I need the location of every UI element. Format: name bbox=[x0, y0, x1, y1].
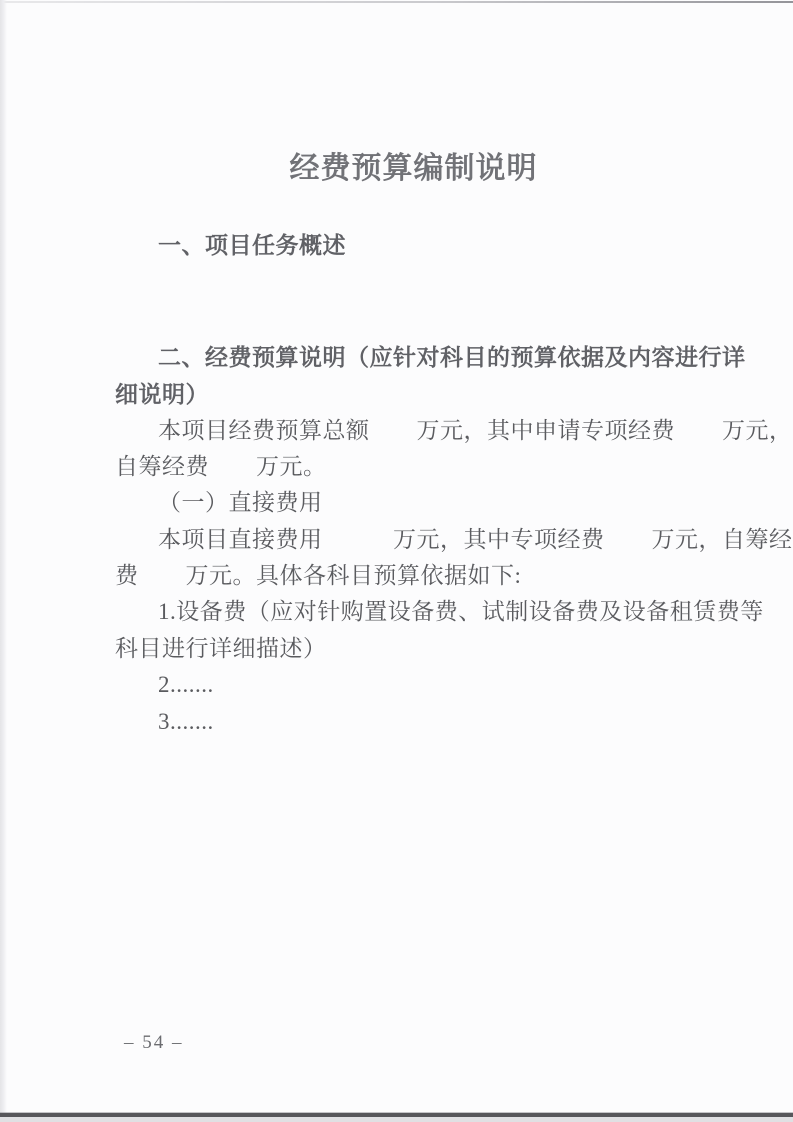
placeholder-item-3: 3....... bbox=[158, 708, 214, 736]
scan-edge-bottom-fill bbox=[0, 1117, 793, 1122]
section-one-heading: 一、项目任务概述 bbox=[158, 232, 346, 260]
direct-cost-subheading: （一）直接费用 bbox=[158, 489, 323, 517]
direct-cost-paragraph-line-2: 费 万元。具体各科目预算依据如下: bbox=[115, 562, 521, 590]
direct-cost-paragraph-line-1: 本项目直接费用 万元，其中专项经费 万元，自筹经 bbox=[158, 526, 793, 554]
document-title: 经费预算编制说明 bbox=[0, 143, 793, 187]
section-two-heading-line-2: 细说明） bbox=[115, 381, 209, 409]
page-number: – 54 – bbox=[124, 1032, 184, 1054]
equipment-fee-item-line-1: 1.设备费（应对针购置设备费、试制设备费及设备租赁费等 bbox=[158, 598, 764, 626]
equipment-fee-item-line-2: 科目进行详细描述） bbox=[115, 635, 327, 663]
section-two-heading-line-1: 二、经费预算说明（应针对科目的预算依据及内容进行详 bbox=[158, 344, 746, 372]
total-budget-paragraph-line-2: 自筹经费 万元。 bbox=[115, 453, 327, 481]
total-budget-paragraph-line-1: 本项目经费预算总额 万元，其中申请专项经费 万元， bbox=[158, 417, 793, 445]
placeholder-item-2: 2....... bbox=[158, 671, 214, 699]
scanned-document-page: 经费预算编制说明 一、项目任务概述 二、经费预算说明（应针对科目的预算依据及内容… bbox=[0, 0, 793, 1122]
scan-edge-top bbox=[0, 1, 793, 3]
